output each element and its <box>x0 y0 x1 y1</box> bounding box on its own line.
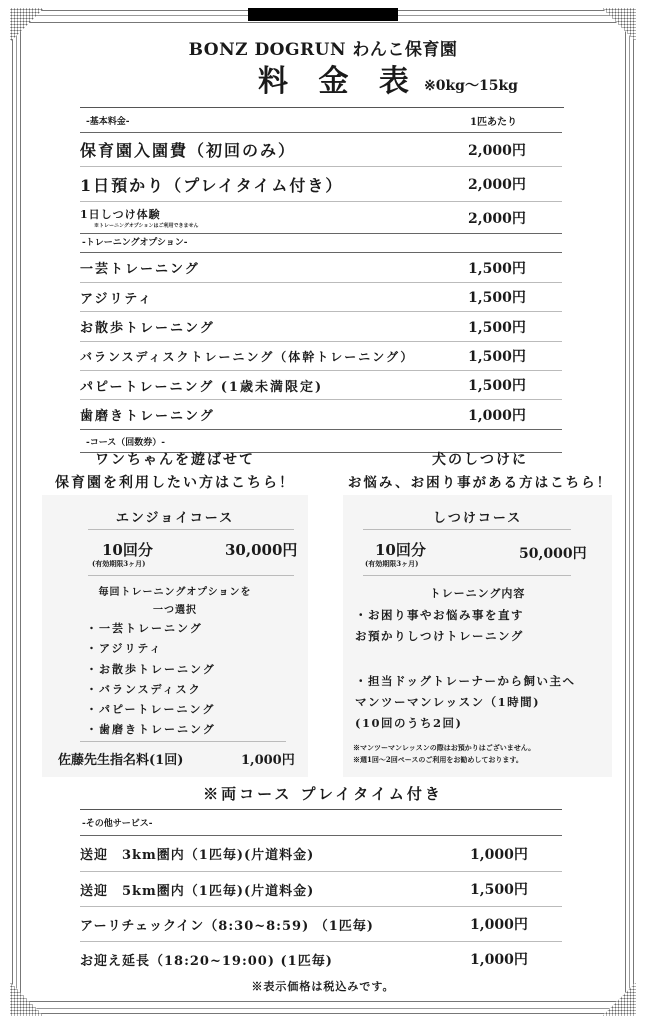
course-price: 50,000円 <box>519 543 587 563</box>
tax-note: ※表示価格は税込みです。 <box>0 978 646 994</box>
course-count: 10回分 <box>375 539 426 560</box>
unit-label: 1匹あたり <box>470 113 517 128</box>
section-label: -その他サービス- <box>80 816 562 829</box>
item-price: 2,000円 <box>468 140 526 160</box>
divider <box>88 529 294 530</box>
price-row: 一芸トレーニング 1,500円 <box>80 253 562 283</box>
option-item: ・パピートレーニング <box>86 700 216 720</box>
option-list: ・一芸トレーニング ・アジリティ ・お散歩トレーニング ・バランスディスク ・パ… <box>86 619 216 741</box>
course-price: 30,000円 <box>225 539 297 560</box>
item-price: 1,000円 <box>470 949 528 969</box>
playtime-note: ※両コース プレイタイム付き <box>0 783 646 804</box>
item-price: 2,000円 <box>468 174 526 194</box>
section-header-basic: -基本料金- 1匹あたり <box>80 109 562 133</box>
item-price: 1,000円 <box>468 405 526 425</box>
option-item: ・お散歩トレーニング <box>86 660 216 680</box>
price-row: 送迎 5km圏内（1匹毎)(片道料金) 1,500円 <box>80 872 562 907</box>
nomination-price: 1,000円 <box>241 749 295 768</box>
price-row: 送迎 3km圏内（1匹毎)(片道料金) 1,000円 <box>80 836 562 872</box>
item-price: 1,500円 <box>468 258 526 278</box>
weight-note: ※0kg～15kg <box>424 75 518 95</box>
price-row: アーリチェックイン（8:30~8:59) （1匹毎) 1,000円 <box>80 907 562 942</box>
price-row: 1日しつけ体験 ※トレーニングオプションはご利用できません 2,000円 <box>80 202 562 234</box>
content-line: ・担当ドッグトレーナーから飼い主へ <box>355 671 576 692</box>
price-row: 保育園入園費（初回のみ） 2,000円 <box>80 133 562 167</box>
item-price: 2,000円 <box>468 208 526 228</box>
option-item: ・歯磨きトレーニング <box>86 720 216 740</box>
panel-title: エンジョイコース <box>42 507 308 526</box>
course-count: 10回分 <box>102 539 153 560</box>
course-desc: 毎回トレーニングオプションを <box>42 583 308 598</box>
item-price: 1,500円 <box>468 287 526 307</box>
option-item: ・一芸トレーニング <box>86 619 216 639</box>
item-price: 1,500円 <box>468 317 526 337</box>
note-line: ※週1回～2回ペースのご利用をお勧めしております。 <box>353 754 535 766</box>
page-title: 料 金 表 <box>258 56 419 100</box>
content-list: ・お困り事やお悩み事を直す お預かりしつけトレーニング ・担当ドッグトレーナーか… <box>355 605 576 734</box>
price-row: アジリティ 1,500円 <box>80 283 562 312</box>
section-header-training: -トレーニングオプション- <box>80 231 562 253</box>
item-price: 1,000円 <box>470 914 528 934</box>
top-black-bar <box>248 8 398 21</box>
content-line: (10回のうち2回) <box>355 713 576 734</box>
divider <box>80 107 564 108</box>
item-price: 1,000円 <box>470 844 528 864</box>
basic-fee-table: -基本料金- 1匹あたり 保育園入園費（初回のみ） 2,000円 1日預かり（プ… <box>80 109 562 234</box>
heading-line: 犬のしつけに <box>330 449 630 472</box>
heading-line: お悩み、お困り事がある方はこちら！ <box>330 472 630 495</box>
item-price: 1,500円 <box>468 375 526 395</box>
course-validity: (有効期限3ヶ月) <box>365 559 419 569</box>
nomination-label: 佐藤先生指名料(1回) <box>58 749 183 768</box>
heading-line: ワンちゃんを遊ばせて <box>40 449 310 472</box>
divider <box>88 575 294 576</box>
shitsuke-course-panel: しつけコース 10回分 (有効期限3ヶ月) 50,000円 トレーニング内容 ・… <box>343 495 612 777</box>
price-row: 1日預かり（プレイタイム付き） 2,000円 <box>80 167 562 202</box>
note-line: ※マンツーマンレッスンの際はお預かりはございません。 <box>353 742 535 754</box>
divider <box>363 529 571 530</box>
heading-line: 保育園を利用したい方はこちら！ <box>40 472 310 495</box>
price-row: パピートレーニング (1歳未満限定) 1,500円 <box>80 371 562 400</box>
shitsuke-course-heading: 犬のしつけに お悩み、お困り事がある方はこちら！ <box>330 449 630 495</box>
divider <box>80 741 286 742</box>
panel-title: しつけコース <box>343 507 612 526</box>
content-line: ・お困り事やお悩み事を直す <box>355 605 576 626</box>
other-service-table: -その他サービス- 送迎 3km圏内（1匹毎)(片道料金) 1,000円 送迎 … <box>80 810 562 976</box>
course-validity: (有効期限3ヶ月) <box>92 559 146 569</box>
divider <box>363 575 571 576</box>
price-row: 歯磨きトレーニング 1,000円 <box>80 400 562 430</box>
price-row: お散歩トレーニング 1,500円 <box>80 312 562 342</box>
enjoy-course-heading: ワンちゃんを遊ばせて 保育園を利用したい方はこちら！ <box>40 449 310 495</box>
content-line: マンツーマンレッスン（1時間) <box>355 692 576 713</box>
price-row: お迎え延長（18:20~19:00) (1匹毎) 1,000円 <box>80 942 562 976</box>
item-price: 1,500円 <box>470 879 528 899</box>
training-option-table: -トレーニングオプション- 一芸トレーニング 1,500円 アジリティ 1,50… <box>80 231 562 453</box>
content-line: お預かりしつけトレーニング <box>355 626 576 647</box>
section-header-other: -その他サービス- <box>80 810 562 836</box>
section-label: -コース（回数券）- <box>80 435 562 448</box>
content-title: トレーニング内容 <box>343 585 612 601</box>
course-desc: 一つ選択 <box>42 601 308 616</box>
price-row: バランスディスクトレーニング（体幹トレーニング） 1,500円 <box>80 342 562 371</box>
course-notes: ※マンツーマンレッスンの際はお預かりはございません。 ※週1回～2回ペースのご利… <box>353 742 535 766</box>
option-item: ・バランスディスク <box>86 680 216 700</box>
option-item: ・アジリティ <box>86 639 216 659</box>
section-label: -トレーニングオプション- <box>80 235 562 248</box>
item-price: 1,500円 <box>468 346 526 366</box>
enjoy-course-panel: エンジョイコース 10回分 (有効期限3ヶ月) 30,000円 毎回トレーニング… <box>42 495 308 777</box>
